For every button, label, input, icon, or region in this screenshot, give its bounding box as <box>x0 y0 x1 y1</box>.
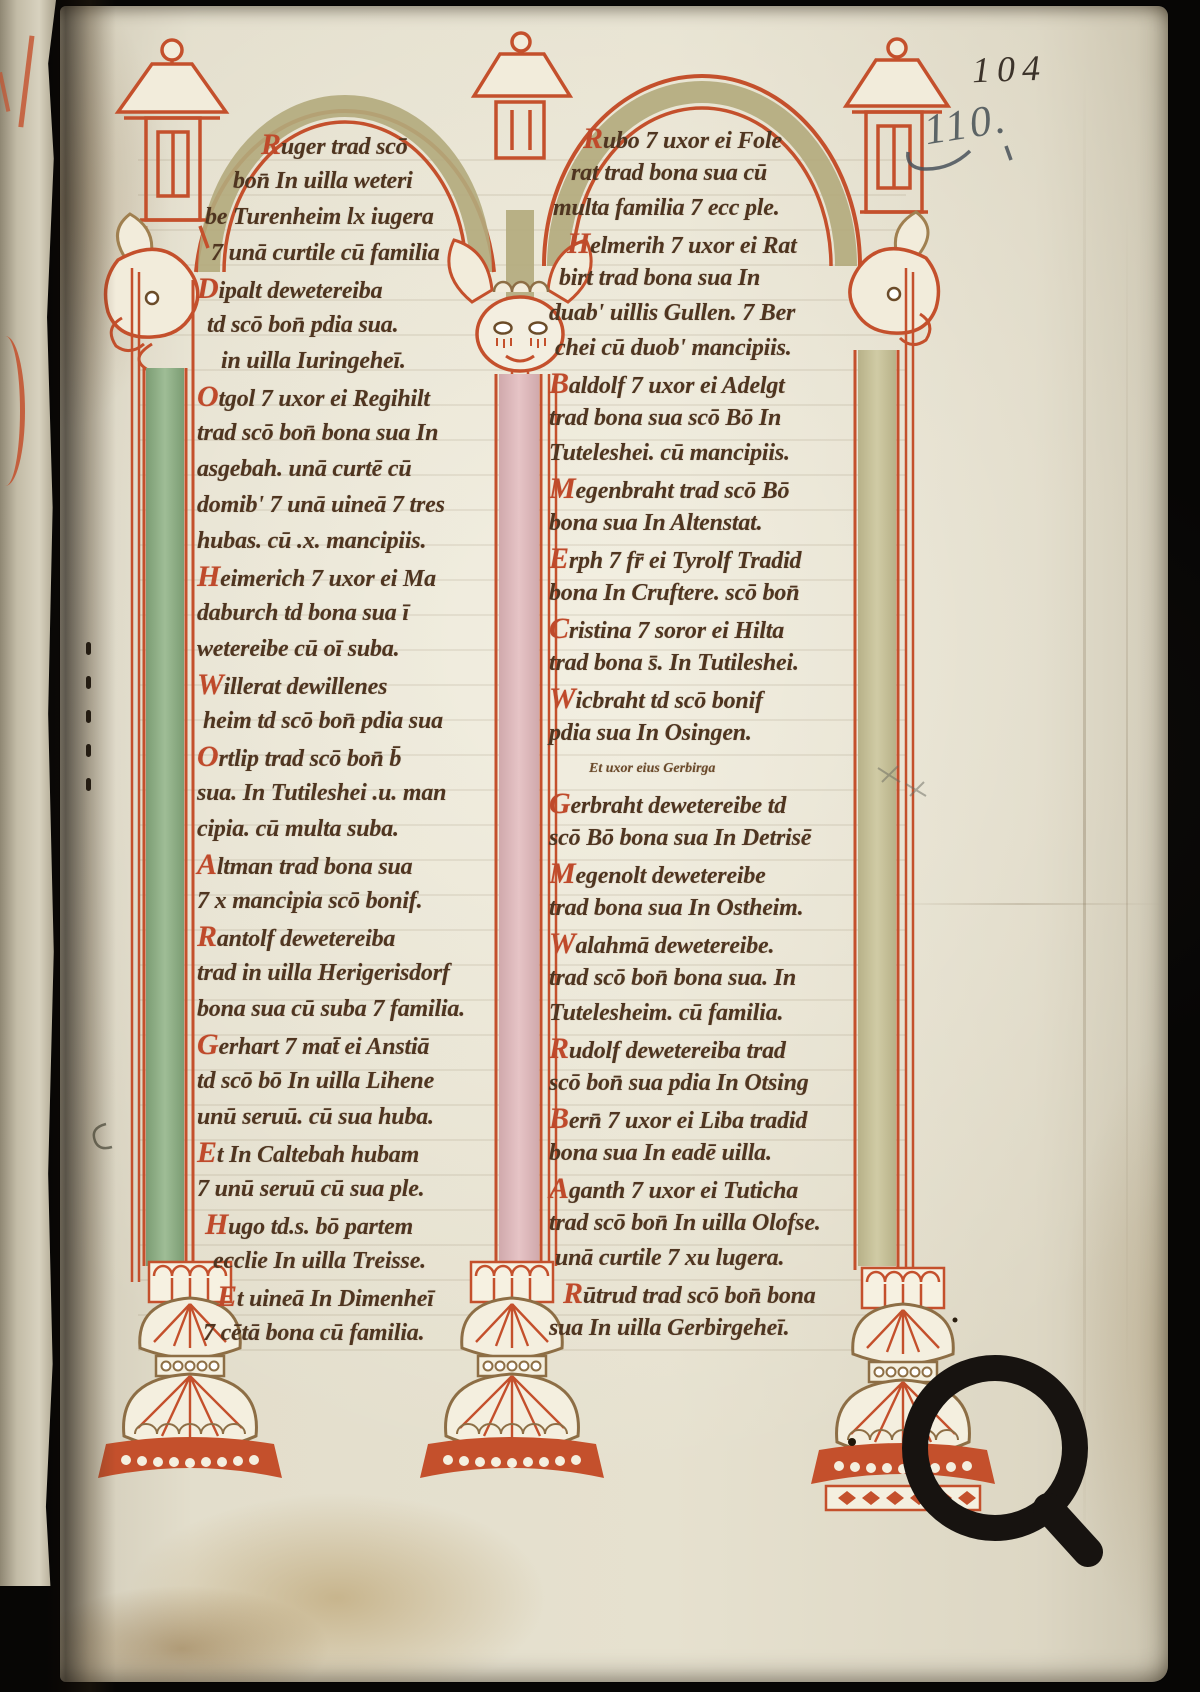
line-text: duab' uillis Gullen. 7 Ber <box>549 300 795 326</box>
line-text: ecclie In uilla Treisse. <box>213 1248 426 1274</box>
line-text: ltman trad bona sua <box>217 854 413 880</box>
line-text: td scō bon̄ pdia sua. <box>207 312 398 338</box>
manuscript-line: birt trad bona sua In <box>549 261 885 296</box>
manuscript-line: bona sua cū suba 7 familia. <box>197 991 499 1027</box>
rubric-initial: C <box>549 612 569 645</box>
line-text: Tutelesheim. cū familia. <box>549 1000 783 1026</box>
manuscript-line: Rudolf dewetereiba trad <box>549 1031 885 1066</box>
line-text: Et uxor eius Gerbirga <box>589 761 715 776</box>
manuscript-line: Et uxor eius Gerbirga <box>549 751 885 786</box>
line-text: erhart 7 mat̄ ei Anstiā <box>218 1034 429 1060</box>
line-text: heim td scō bon̄ pdia sua <box>203 708 443 734</box>
manuscript-line: bon̄ In uilla weteri <box>197 163 499 199</box>
line-text: hubas. cū .x. mancipiis. <box>197 528 426 554</box>
manuscript-line: 7 x mancipia scō bonif. <box>197 883 499 919</box>
rubric-initial: E <box>197 1136 217 1169</box>
manuscript-line: Dipalt dewetereiba <box>197 271 499 307</box>
manuscript-line: Tuteleshei. cū mancipiis. <box>549 436 885 471</box>
line-text: wetereibe cū oī suba. <box>197 636 399 662</box>
line-text: trad bona sua In Ostheim. <box>549 895 803 921</box>
line-text: ubo 7 uxor ei Fole <box>603 128 782 154</box>
line-text: trad bona sua scō Bō In <box>549 405 781 431</box>
line-text: ūtrud trad scō bon̄ bona <box>583 1283 816 1309</box>
line-text: antolf dewetereiba <box>217 926 395 952</box>
ink-blot <box>848 1438 856 1446</box>
manuscript-line: duab' uillis Gullen. 7 Ber <box>549 296 885 331</box>
manuscript-line: trad bona sua In Ostheim. <box>549 891 885 926</box>
manuscript-line: be Turenheim lx iugera <box>197 199 499 235</box>
manuscript-line: chei cū duob' mancipiis. <box>549 331 885 366</box>
line-text: domib' 7 unā uineā 7 tres <box>197 492 445 518</box>
manuscript-line: Bern̄ 7 uxor ei Liba tradid <box>549 1101 885 1136</box>
manuscript-line: 7 cētā bona cū familia. <box>197 1315 499 1351</box>
manuscript-line: Megenbraht trad scō Bō <box>549 471 885 506</box>
manuscript-line: pdia sua In Osingen. <box>549 716 885 751</box>
line-text: rtlip trad scō bon̄ b̄ <box>218 746 401 772</box>
manuscript-line: 7 unā curtile cū familia <box>197 235 499 271</box>
line-text: in uilla Iuringeheī. <box>221 348 406 374</box>
rubric-initial: D <box>197 272 218 305</box>
line-text: 7 cētā bona cū familia. <box>203 1320 424 1346</box>
line-text: tgol 7 uxor ei Regihilt <box>218 386 429 412</box>
line-text: ristina 7 soror ei Hilta <box>569 618 784 644</box>
manuscript-line: Altman trad bona sua <box>197 847 499 883</box>
line-text: trad in uilla Herigerisdorf <box>197 960 450 986</box>
rubric-initial: B <box>549 367 569 400</box>
manuscript-line: unā curtile 7 xu lugera. <box>549 1241 885 1276</box>
rubric-initial: G <box>197 1028 218 1061</box>
binding-stitch <box>86 642 91 655</box>
previous-leaf-edge <box>0 0 56 1586</box>
line-text: Tuteleshei. cū mancipiis. <box>549 440 790 466</box>
line-text: ern̄ 7 uxor ei Liba tradid <box>569 1108 807 1134</box>
line-text: trad scō bon̄ bona sua. In <box>549 965 796 991</box>
line-text: illerat dewillenes <box>223 674 387 700</box>
binding-stitch <box>86 744 91 757</box>
line-text: egenolt dewetereibe <box>575 863 765 889</box>
rubric-initial: E <box>549 542 569 575</box>
line-text: trad bona s̄. In Tutileshei. <box>549 650 799 676</box>
line-text: bona sua cū suba 7 familia. <box>197 996 465 1022</box>
manuscript-line: Et uineā In Dimenheī <box>197 1279 499 1315</box>
manuscript-line: wetereibe cū oī suba. <box>197 631 499 667</box>
manuscript-line: Aganth 7 uxor ei Tuticha <box>549 1171 885 1206</box>
line-text: multa familia 7 ecc ple. <box>553 195 780 221</box>
manuscript-line: sua. In Tutileshei .u. man <box>197 775 499 811</box>
line-text: ipalt dewetereiba <box>218 278 382 304</box>
manuscript-line: Rubo 7 uxor ei Fole <box>549 121 885 156</box>
manuscript-line: trad bona sua scō Bō In <box>549 401 885 436</box>
line-text: rat trad bona sua cū <box>571 160 767 186</box>
manuscript-line: Ortlip trad scō bon̄ b̄ <box>197 739 499 775</box>
binding-stitch <box>86 676 91 689</box>
line-text: bona sua In Altenstat. <box>549 510 762 536</box>
manuscript-line: Walahmā dewetereibe. <box>549 926 885 961</box>
manuscript-line: trad scō bon̄ In uilla Olofse. <box>549 1206 885 1241</box>
manuscript-line: Otgol 7 uxor ei Regihilt <box>197 379 499 415</box>
right-text-column: Rubo 7 uxor ei Folerat trad bona sua cūm… <box>549 121 885 1346</box>
rubric-initial: R <box>549 1032 569 1065</box>
line-text: scō Bō bona sua In Detrisē <box>549 825 811 851</box>
manuscript-line: trad bona s̄. In Tutileshei. <box>549 646 885 681</box>
manuscript-line: hubas. cū .x. mancipiis. <box>197 523 499 559</box>
line-text: bon̄ In uilla weteri <box>233 168 413 194</box>
manuscript-line: td scō bō In uilla Lihene <box>197 1063 499 1099</box>
line-text: bona sua In eadē uilla. <box>549 1140 772 1166</box>
rubric-initial: R <box>583 122 603 155</box>
line-text: unā curtile 7 xu lugera. <box>555 1245 784 1271</box>
rubric-initial: R <box>563 1277 583 1310</box>
manuscript-line: scō bon̄ sua pdia In Otsing <box>549 1066 885 1101</box>
line-text: erbraht dewetereibe td <box>570 793 786 819</box>
rubric-initial: E <box>217 1280 237 1313</box>
line-text: 7 unā curtile cū familia <box>211 240 440 266</box>
line-text: trad scō bon̄ In uilla Olofse. <box>549 1210 821 1236</box>
line-text: cipia. cū multa suba. <box>197 816 399 842</box>
line-text: trad scō bon̄ bona sua In <box>197 420 438 446</box>
line-text: td scō bō In uilla Lihene <box>197 1068 434 1094</box>
line-text: t In Caltebah hubam <box>217 1142 419 1168</box>
line-text: be Turenheim lx iugera <box>205 204 434 230</box>
manuscript-line: trad in uilla Herigerisdorf <box>197 955 499 991</box>
manuscript-line: scō Bō bona sua In Detrisē <box>549 821 885 856</box>
manuscript-line: in uilla Iuringeheī. <box>197 343 499 379</box>
rubric-initial: W <box>197 668 223 701</box>
line-text: elmerih 7 uxor ei Rat <box>590 233 796 259</box>
manuscript-line: sua In uilla Gerbirgeheī. <box>549 1311 885 1346</box>
manuscript-line: Baldolf 7 uxor ei Adelgt <box>549 366 885 401</box>
rubric-initial: H <box>197 560 220 593</box>
manuscript-line: Wicbraht td scō bonif <box>549 681 885 716</box>
line-text: asgebah. unā curtē cū <box>197 456 412 482</box>
manuscript-line: Helmerih 7 uxor ei Rat <box>549 226 885 261</box>
folio-number-ink: 104 <box>971 47 1047 92</box>
manuscript-line: Erph 7 fr̄ ei Tyrolf Tradid <box>549 541 885 576</box>
manuscript-line: bona sua In eadē uilla. <box>549 1136 885 1171</box>
line-text: eimerich 7 uxor ei Ma <box>220 566 436 592</box>
center-pillar <box>496 374 556 1266</box>
left-text-column: Ruger trad scōbon̄ In uilla weteribe Tur… <box>197 127 499 1351</box>
line-text: unū seruū. cū sua huba. <box>197 1104 434 1130</box>
manuscript-line: Cristina 7 soror ei Hilta <box>549 611 885 646</box>
line-text: aldolf 7 uxor ei Adelgt <box>569 373 785 399</box>
rubric-initial: H <box>567 227 590 260</box>
rubric-initial: H <box>205 1208 228 1241</box>
manuscript-line: Hugo td.s. bō partem <box>197 1207 499 1243</box>
line-text: udolf dewetereiba trad <box>569 1038 786 1064</box>
left-capital-grotesque <box>106 214 198 372</box>
line-text: sua In uilla Gerbirgeheī. <box>549 1315 789 1341</box>
manuscript-line: heim td scō bon̄ pdia sua <box>197 703 499 739</box>
rubric-initial: R <box>261 128 281 161</box>
manuscript-line: Et In Caltebah hubam <box>197 1135 499 1171</box>
rubric-initial: M <box>549 857 575 890</box>
rubric-initial: W <box>549 682 575 715</box>
manuscript-line: asgebah. unā curtē cū <box>197 451 499 487</box>
manuscript-line: Rūtrud trad scō bon̄ bona <box>549 1276 885 1311</box>
line-text: t uineā In Dimenheī <box>237 1286 434 1312</box>
line-text: 7 unū seruū cū sua ple. <box>197 1176 424 1202</box>
line-text: rph 7 fr̄ ei Tyrolf Tradid <box>569 548 802 574</box>
rubric-initial: B <box>549 1102 569 1135</box>
rubric-initial: M <box>549 472 575 505</box>
rubric-initial: O <box>197 380 218 413</box>
manuscript-line: Rantolf dewetereiba <box>197 919 499 955</box>
manuscript-line: Willerat dewillenes <box>197 667 499 703</box>
binding-stitch <box>86 710 91 723</box>
manuscript-line: Gerhart 7 mat̄ ei Anstiā <box>197 1027 499 1063</box>
manuscript-line: Tutelesheim. cū familia. <box>549 996 885 1031</box>
manuscript-line: multa familia 7 ecc ple. <box>549 191 885 226</box>
line-text: egenbraht trad scō Bō <box>575 478 789 504</box>
rubric-initial: G <box>549 787 570 820</box>
manuscript-line: Ruger trad scō <box>197 127 499 163</box>
rubric-initial: W <box>549 927 575 960</box>
manuscript-line: trad scō bon̄ bona sua. In <box>549 961 885 996</box>
line-text: ganth 7 uxor ei Tuticha <box>569 1178 798 1204</box>
line-text: bona In Cruftere. scō bon̄ <box>549 580 799 606</box>
line-text: sua. In Tutileshei .u. man <box>197 780 446 806</box>
line-text: icbraht td scō bonif <box>575 688 762 714</box>
rubric-initial: A <box>197 848 217 881</box>
line-text: ugo td.s. bō partem <box>228 1214 413 1240</box>
manuscript-line: td scō bon̄ pdia sua. <box>197 307 499 343</box>
rubric-initial: A <box>549 1172 569 1205</box>
rubric-initial: O <box>197 740 218 773</box>
manuscript-line: cipia. cū multa suba. <box>197 811 499 847</box>
manuscript-line: daburch td bona sua ī <box>197 595 499 631</box>
ink-speck <box>953 1318 958 1323</box>
line-text: scō bon̄ sua pdia In Otsing <box>549 1070 809 1096</box>
line-text: birt trad bona sua In <box>559 265 760 291</box>
line-text: uger trad scō <box>281 134 408 160</box>
line-text: daburch td bona sua ī <box>197 600 409 626</box>
line-text: pdia sua In Osingen. <box>549 720 752 746</box>
manuscript-line: Heimerich 7 uxor ei Ma <box>197 559 499 595</box>
left-pillar <box>132 268 193 1282</box>
manuscript-line: 7 unū seruū cū sua ple. <box>197 1171 499 1207</box>
manuscript-line: bona sua In Altenstat. <box>549 506 885 541</box>
manuscript-line: ecclie In uilla Treisse. <box>197 1243 499 1279</box>
manuscript-line: Megenolt dewetereibe <box>549 856 885 891</box>
manuscript-line: domib' 7 unā uineā 7 tres <box>197 487 499 523</box>
manuscript-line: trad scō bon̄ bona sua In <box>197 415 499 451</box>
line-text: alahmā dewetereibe. <box>575 933 774 959</box>
manuscript-line: rat trad bona sua cū <box>549 156 885 191</box>
manuscript-line: bona In Cruftere. scō bon̄ <box>549 576 885 611</box>
rubric-initial: R <box>197 920 217 953</box>
line-text: chei cū duob' mancipiis. <box>555 335 792 361</box>
marginal-squiggle <box>94 1124 112 1148</box>
manuscript-photo: Ruger trad scōbon̄ In uilla weteribe Tur… <box>0 0 1200 1692</box>
manuscript-line: Gerbraht dewetereibe td <box>549 786 885 821</box>
line-text: 7 x mancipia scō bonif. <box>197 888 422 914</box>
binding-stitch <box>86 778 91 791</box>
manuscript-line: unū seruū. cū sua huba. <box>197 1099 499 1135</box>
